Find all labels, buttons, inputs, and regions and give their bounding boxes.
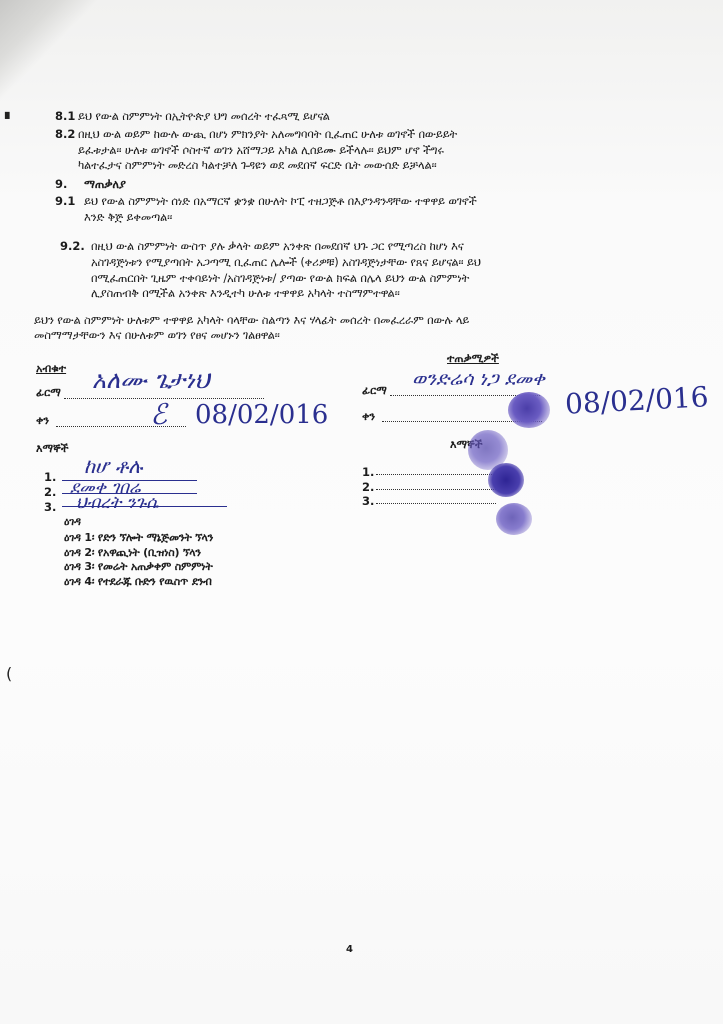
witness-number: 1. [44, 470, 56, 484]
witness-signature: ህብረት ንጉሴ [76, 493, 159, 513]
section-text: ካልተፈታና ስምምነት መድረስ ካልተቻለ ጉዳዩን ወደ መደበኛ ፍርድ… [78, 158, 437, 173]
witness-line-empty [376, 489, 496, 490]
annex-item: ዕገዳ 2፡ የአዋጪነት (ቢዝነስ) ኘላን [64, 545, 201, 560]
section-number: 8.2 [55, 127, 75, 141]
section-text: እንድ ቅጅ ይቀመጣል፡፡ [84, 210, 172, 225]
section-text: አስገዳጅነቱን የሚያጣበት አጋጣሚ ቢፈጠር ሌሎች (ቀሪዎቹ) አስገ… [91, 255, 481, 270]
document-page: ▘ ( 8.1 ይህ የውል ስምምነት በኢትዮጵያ ህግ መሰረት ተፈጻሚ… [0, 0, 723, 1024]
annex-item: ዕገዳ 4፡ የተደራጁ ቡድን የዉስጥ ደንብ [64, 574, 212, 589]
witness-line-empty [376, 474, 496, 475]
scan-mark: ( [6, 664, 12, 683]
witness-number: 2. [44, 485, 56, 499]
scribble-initials: ℰ [149, 397, 168, 431]
signatory-title-left: አብቁተ [36, 362, 66, 376]
handwritten-signature-right: ወንድሬሳ ነጋ ደመቀ [412, 368, 545, 390]
signature-label-right: ፊርማ [362, 384, 387, 398]
fingerprint-stamp [488, 463, 524, 497]
annex-item: ዕገዳ 3፡ የመሬት አጠቃቀም ስምምነት [64, 559, 213, 574]
closing-text: ይህን የውል ስምምነት ሁለቱም ተዋዋይ አካላት ባላቸው ስልጣን እ… [34, 313, 469, 328]
signatory-title-right: ተጠቃሚዎች [447, 352, 499, 366]
witness-number: 3. [362, 494, 374, 508]
section-text: ሊያስጠብቅ በሚችል አንቀጽ እንዲተካ ሁለቱ ተዋዋይ አካላት ተስማ… [91, 286, 400, 301]
date-label-right: ቀን [362, 410, 375, 424]
witnesses-title-left: እማኞች [36, 442, 69, 456]
handwritten-date-left: 08/02/016 [195, 400, 328, 430]
handwritten-date-right: 08/02/016 [564, 380, 709, 420]
handwritten-signature-left: አለሙ ጌታነህ [92, 366, 210, 394]
section-number: 9.2. [60, 239, 85, 253]
section-text: ይህ የውል ስምምነት ሰነድ በአማርኛ ቋንቋ በሁለት ኮፒ ተዘጋጅቶ… [84, 194, 477, 209]
signature-label-left: ፊርማ [36, 386, 61, 400]
witness-line-empty [376, 503, 496, 504]
section-text: በሚፈጠርበት ጊዜም ተቀባይነት /አስገዳጅነቱ/ ያጣው የውል ክፍል… [91, 271, 469, 286]
witness-signature: ከሆ ቶሉ [84, 454, 142, 478]
date-label-left: ቀን [36, 414, 49, 428]
annexes-title: ዕገዳ [64, 514, 81, 529]
section-number: 9.1 [55, 194, 75, 208]
section-heading: ማጠቃለያ [84, 177, 126, 192]
section-text: በዚህ ውል ስምምነት ውስጥ ያሉ ቃላት ወይም አንቀጽ በመደበኛ ህ… [91, 239, 464, 254]
section-number: 9. [55, 177, 67, 191]
fingerprint-stamp [508, 392, 550, 428]
page-number: 4 [346, 944, 353, 955]
witness-number: 1. [362, 465, 374, 479]
scan-mark: ▘ [5, 112, 14, 126]
witness-number: 3. [44, 500, 56, 514]
section-number: 8.1 [55, 109, 75, 123]
section-text: በዚህ ውል ወይም ከውሉ ውጪ በሆነ ምክንያት አለመግባባት ቢፈጠር… [78, 127, 457, 142]
annex-item: ዕገዳ 1፡ የድን ኘሎት ማኔጅመንት ኘላን [64, 530, 213, 545]
witness-number: 2. [362, 480, 374, 494]
closing-text: መስማማታቸውን እና በሁለቱም ወገን የፀና መሆኑን ገልፀዋል፡፡ [34, 328, 280, 343]
section-text: ይፈቱታል፡፡ ሁለቱ ወገኖች ሶስተኛ ወገን አሸማጋይ አካል ሊሰይሙ… [78, 143, 444, 158]
fingerprint-stamp [496, 503, 532, 535]
section-text: ይህ የውል ስምምነት በኢትዮጵያ ህግ መሰረት ተፈጻሚ ይሆናል [78, 109, 330, 124]
